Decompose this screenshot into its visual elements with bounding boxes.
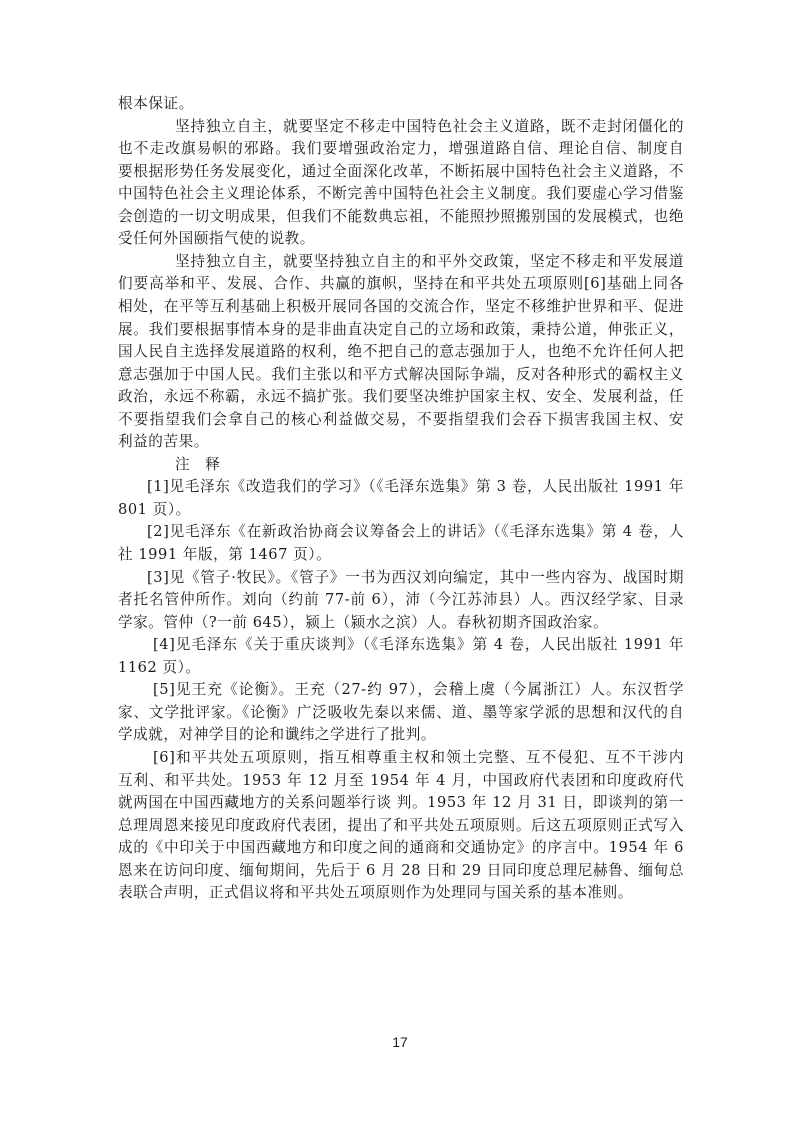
text-line: 政治，永远不称霸，永远不搞扩张。我们要坚决维护国家主权、安全、发展利益，任何外国: [118, 386, 684, 408]
text-line: 中国特色社会主义理论体系，不断完善中国特色社会主义制度。我们要虚心学习借鉴人类社: [118, 183, 684, 205]
document-page: 根本保证。坚持独立自主，就要坚定不移走中国特色社会主义道路，既不走封闭僵化的老路…: [0, 0, 800, 1131]
text-line: 社 1991 年版，第 1467 页）。: [118, 544, 684, 566]
text-line: 学家。管仲（?一前 645），颍上（颍水之滨）人。春秋初期齐国政治家。: [118, 612, 684, 634]
text-line: 不要指望我们会拿自己的核心利益做交易，不要指望我们会吞下损害我国主权、安全、发展: [118, 409, 684, 431]
text-line: 坚持独立自主，就要坚持独立自主的和平外交政策，坚定不移走和平发展道路。我: [175, 251, 684, 273]
text-line: [5]见王充《论衡》。王充（27-约 97），会稽上虞（今属浙江）人。东汉哲学家…: [153, 679, 684, 701]
text-line: 1162 页）。: [118, 657, 684, 679]
text-line: 学成就，对神学目的论和谶纬之学进行了批判。: [118, 724, 684, 746]
text-line: 者托名管仲所作。刘向（约前 77-前 6），沛（今江苏沛县）人。西汉经学家、目录…: [118, 589, 684, 611]
text-line: 表联合声明，正式倡议将和平共处五项原则作为处理同与国关系的基本准则。: [118, 882, 684, 904]
text-line: 根本保证。: [118, 93, 684, 115]
text-line: 展。我们要根据事情本身的是非曲直决定自己的立场和政策，秉持公道，伸张正义，尊重各: [118, 319, 684, 341]
text-line: 利益的苦果。: [118, 431, 684, 453]
text-line: 也不走改旗易帜的邪路。我们要增强政治定力，增强道路自信、理论自信、制度自信。我们: [118, 138, 684, 160]
text-line: 受任何外国颐指气使的说教。: [118, 228, 684, 250]
text-line: 总理周恩来接见印度政府代表团，提出了和平共处五项原则。后这五项原则正式写入双方达: [118, 815, 684, 837]
text-line: 要根据形势任务发展变化，通过全面深化改革，不断拓展中国特色社会主义道路，不断丰富: [118, 161, 684, 183]
text-line: [4]见毛泽东《关于重庆谈判》（《毛泽东选集》第 4 卷，人民出版社 1991 …: [153, 634, 684, 656]
text-line: [2]见毛泽东《在新政治协商会议筹备会上的讲话》（《毛泽东选集》第 4 卷，人民…: [147, 521, 684, 543]
text-line: 们要高举和平、发展、合作、共赢的旗帜，坚持在和平共处五项原则[6]基础上同各国友…: [118, 273, 684, 295]
page-number: 17: [370, 1034, 430, 1050]
text-line: 国人民自主选择发展道路的权利，绝不把自己的意志强加于人，也绝不允许任何人把他们的: [118, 341, 684, 363]
text-line: 意志强加于中国人民。我们主张以和平方式解决国际争端，反对各种形式的霸权主义利强权: [118, 364, 684, 386]
text-line: [1]见毛泽东《改造我们的学习》（《毛泽东选集》第 3 卷，人民出版社 1991…: [147, 476, 684, 498]
text-line: 坚持独立自主，就要坚定不移走中国特色社会主义道路，既不走封闭僵化的老路，: [175, 116, 684, 138]
text-line: 相处，在平等互利基础上积极开展同各国的交流合作，坚定不移维护世界和平、促进共同发: [118, 296, 684, 318]
text-line: 801 页）。: [118, 499, 684, 521]
text-line: 家、文学批评家。《论衡》广泛吸收先秦以来儒、道、墨等家学派的思想和汉代的自然科: [118, 702, 684, 724]
text-line: [6]和平共处五项原则，指互相尊重主权和领土完整、互不侵犯、互不干涉内政、平等: [153, 747, 684, 769]
notes-heading: 注 释: [175, 454, 684, 476]
text-line: 成的《中印关于中国西藏地方和印度之间的通商和交通协定》的序言中。1954 年 6…: [118, 837, 684, 859]
text-line: 会创造的一切文明成果，但我们不能数典忘祖，不能照抄照搬别国的发展模式，也绝不会接: [118, 206, 684, 228]
text-line: 恩来在访问印度、缅甸期间，先后于 6 月 28 日和 29 日同印度总理尼赫鲁、…: [118, 860, 684, 882]
text-line: 互利、和平共处。1953 年 12 月至 1954 年 4 月，中国政府代表团和…: [118, 770, 684, 792]
text-line: [3]见《管子·牧民》。《管子》一书为西汉刘向编定，其中一些内容为、战国时期稷下…: [147, 567, 684, 589]
text-line: 就两国在中国西藏地方的关系问题举行谈 判。1953 年 12 月 31 日，即谈…: [118, 792, 684, 814]
